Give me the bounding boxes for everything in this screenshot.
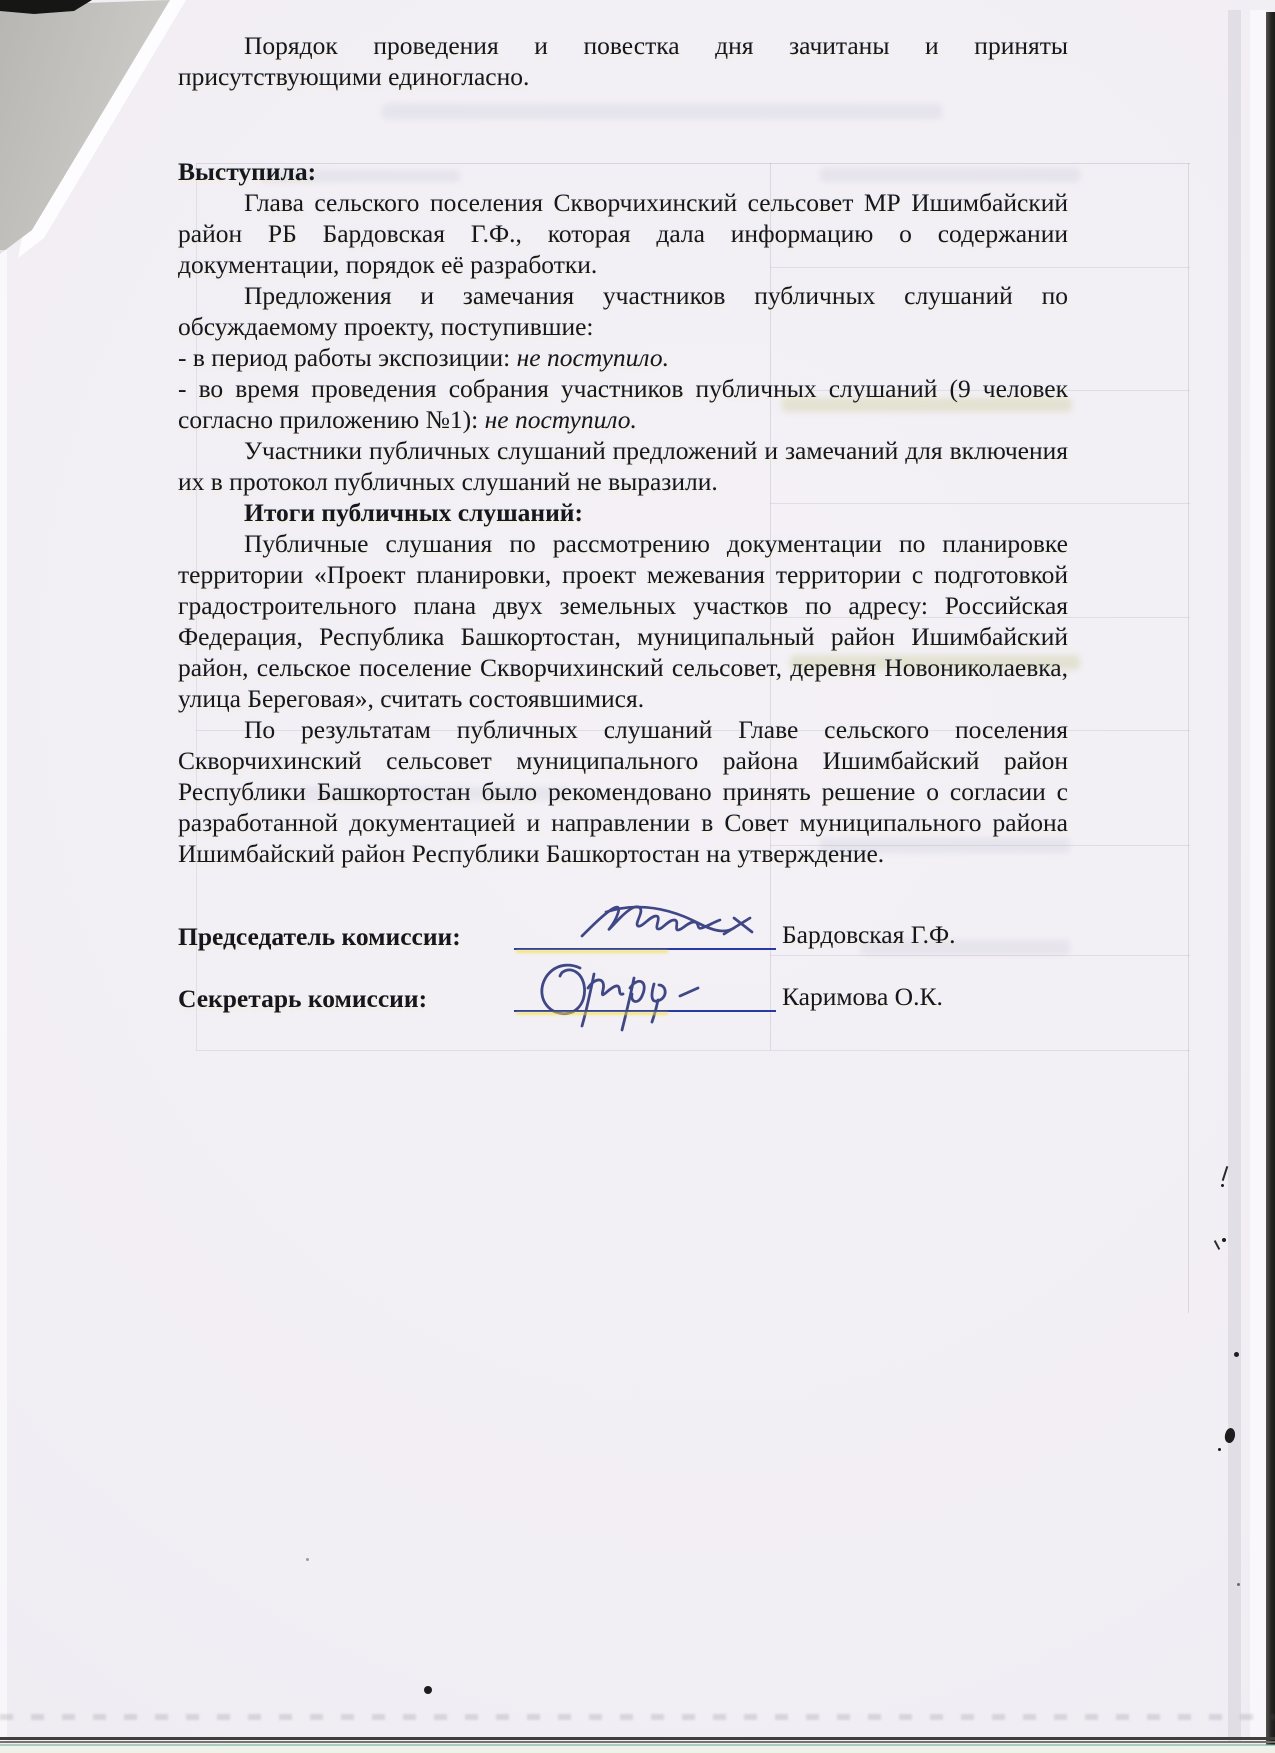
list-item-meeting: - во время проведения собрания участнико… xyxy=(178,373,1068,435)
ink-speck xyxy=(424,1686,432,1694)
heading-spoke: Выступила: xyxy=(178,156,1068,187)
chairman-signature-line xyxy=(514,908,776,950)
secretary-name: Каримова О.К. xyxy=(782,982,943,1014)
chairman-signature-ink xyxy=(576,894,766,958)
right-page-edge-highlight xyxy=(1250,10,1266,1740)
list-item-exposition: - в период работы экспозиции: не поступи… xyxy=(178,342,1068,373)
ink-speck xyxy=(1218,1448,1221,1451)
list-item-exposition-text: - в период работы экспозиции: xyxy=(178,343,517,372)
paragraph-participants: Участники публичных слушаний предложений… xyxy=(178,435,1068,497)
paragraph-order: Порядок проведения и повестка дня зачита… xyxy=(178,30,1068,92)
scanner-bed-strip xyxy=(0,1746,1275,1753)
paragraph-recommendation: По результатам публичных слушаний Главе … xyxy=(178,714,1068,869)
paragraph-proposals: Предложения и замечания участников публи… xyxy=(178,280,1068,342)
chairman-name: Бардовская Г.Ф. xyxy=(782,920,956,952)
ink-speck xyxy=(1237,1583,1240,1586)
paragraph-head-speech: Глава сельского поселения Скворчихинский… xyxy=(178,187,1068,280)
chairman-label: Председатель комиссии: xyxy=(178,922,514,952)
secretary-label: Секретарь комиссии: xyxy=(178,984,514,1014)
ink-mark xyxy=(1214,1240,1220,1250)
list-item-meeting-result: не поступило. xyxy=(485,405,637,434)
scanned-document-page: Порядок проведения и повестка дня зачита… xyxy=(0,0,1275,1753)
paragraph-hearings-held: Публичные слушания по рассмотрению докум… xyxy=(178,528,1068,714)
heading-results: Итоги публичных слушаний: xyxy=(178,497,1068,528)
ink-speck xyxy=(1222,1238,1226,1242)
dust-speck xyxy=(306,1558,309,1561)
bottom-page-edge xyxy=(0,1737,1275,1740)
signature-row-secretary: Секретарь комиссии: Каримова О.К. xyxy=(178,962,1078,1014)
ghost-table-line xyxy=(1188,163,1189,1313)
list-item-exposition-result: не поступило. xyxy=(517,343,669,372)
left-page-edge xyxy=(0,250,7,1743)
secretary-signature-line xyxy=(514,970,776,1012)
bottom-scan-noise xyxy=(0,1714,1275,1720)
right-scan-edge xyxy=(1266,12,1275,1745)
signature-block: Председатель комиссии: Бардовская Г.Ф. С… xyxy=(178,900,1078,1014)
ghost-table-line xyxy=(196,1050,1190,1051)
right-scan-band xyxy=(1228,10,1241,1743)
document-body: Порядок проведения и повестка дня зачита… xyxy=(178,30,1068,869)
ink-speck xyxy=(1221,1184,1224,1187)
bottom-page-edge-shadow xyxy=(0,1741,1275,1743)
signature-row-chairman: Председатель комиссии: Бардовская Г.Ф. xyxy=(178,900,1078,952)
secretary-signature-ink xyxy=(528,950,738,1036)
ink-speck xyxy=(1234,1352,1239,1357)
